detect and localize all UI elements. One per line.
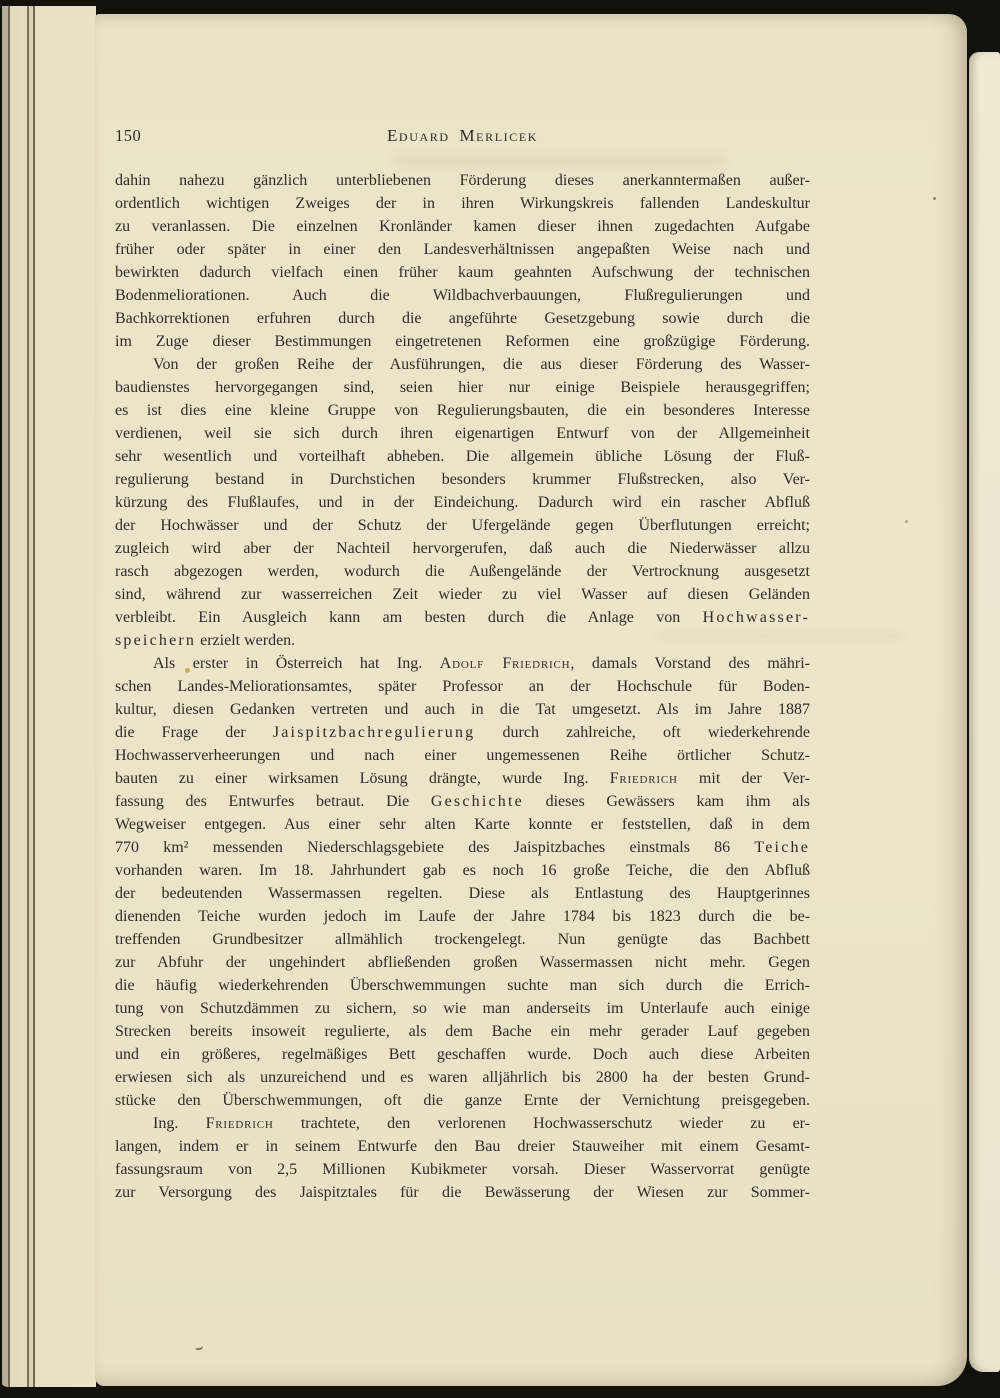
letterspaced-term: Jaispitzbachregulierung [273,724,476,741]
text-line: 770 km² messenden Niederschlagsgebiete d… [115,836,810,859]
text-line: fassungsraum von 2,5 Millionen Kubikmete… [115,1158,810,1181]
text-line: Als erster in Österreich hat Ing. Adolf … [115,652,810,675]
text-line: und ein größeres, regelmäßiges Bett gesc… [115,1043,810,1066]
letterspaced-term: Teiche [754,839,810,856]
text-line: Wegweiser entgegen. Aus einer sehr alten… [115,813,810,836]
letterspaced-term: Geschichte [431,793,524,810]
text-line: Von der großen Reihe der Ausführungen, d… [115,353,810,376]
text-line: bewirkten dadurch vielfach einen früher … [115,261,810,284]
text-block: dahin nahezu gänzlich unterbliebenen För… [115,169,810,1204]
person-name-smallcaps: Friedrich [206,1115,274,1132]
text-line: der Hochwässer und der Schutz der Uferge… [115,514,810,537]
page-header: 150 Eduard Merlicek [115,126,810,149]
running-header: Eduard Merlicek [115,126,810,146]
text-line: Hochwasserverheerungen und nach einer un… [115,744,810,767]
letterspaced-term: Hochwasser- [703,609,810,626]
text-line: langen, indem er in seinem Entwurfe den … [115,1135,810,1158]
text-line: zur Abfuhr der ungehindert abfließenden … [115,951,810,974]
text-line: schen Landes-Meliorationsamtes, später P… [115,675,810,698]
text-line: dahin nahezu gänzlich unterbliebenen För… [115,169,810,192]
text-line: ordentlich wichtigen Zweiges der in ihre… [115,192,810,215]
book-page-edges [0,6,96,1387]
text-line: Bachkorrektionen erfuhren durch die ange… [115,307,810,330]
letterspaced-term: speichern [115,632,196,649]
text-line: zu veranlassen. Die einzelnen Kronländer… [115,215,810,238]
show-through-smudge [395,154,725,168]
text-line: regulierung bestand in Durchstichen beso… [115,468,810,491]
paper-speck [905,520,908,523]
text-line: kultur, diesen Gedanken vertreten und au… [115,698,810,721]
text-line: sind, während zur wasserreichen Zeit wie… [115,583,810,606]
text-line: bauten zu einer wirksamen Lösung drängte… [115,767,810,790]
text-line: die häufig wiederkehrenden Überschwemmun… [115,974,810,997]
text-line: Ing. Friedrich trachtete, den verlorenen… [115,1112,810,1135]
person-name-smallcaps: Friedrich [610,770,678,787]
text-line: die Frage der Jaispitzbachregulierung du… [115,721,810,744]
adjacent-page-sliver [969,52,1000,1372]
text-line: der bedeutenden Wassermassen regelten. D… [115,882,810,905]
text-line: stücke den Überschwemmungen, oft die gan… [115,1089,810,1112]
text-line: kürzung des Flußlaufes, und in der Einde… [115,491,810,514]
text-line: Strecken bereits insoweit regulierte, al… [115,1020,810,1043]
text-line: es ist dies eine kleine Gruppe von Regul… [115,399,810,422]
text-line: tung von Schutzdämmen zu sichern, so wie… [115,997,810,1020]
text-line: treffenden Grundbesitzer allmählich troc… [115,928,810,951]
scanned-book-photo: 150 Eduard Merlicek dahin nahezu gänzlic… [0,0,1000,1398]
text-line: dienenden Teiche wurden jedoch im Laufe … [115,905,810,928]
text-line: rasch abgezogen werden, wodurch die Auße… [115,560,810,583]
paper-speck [933,197,936,200]
text-line: zugleich wird aber der Nachteil hervorge… [115,537,810,560]
text-line: verbleibt. Ein Ausgleich kann am besten … [115,606,810,629]
person-name-smallcaps: Adolf Friedrich [440,655,571,672]
text-line: vorhanden waren. Im 18. Jahrhundert gab … [115,859,810,882]
text-line: sehr wesentlich und vorteilhaft abheben.… [115,445,810,468]
text-line: Bodenmeliorationen. Auch die Wildbachver… [115,284,810,307]
text-line: verdienen, weil sie sich durch ihren eig… [115,422,810,445]
text-line: früher oder später in einer den Landesve… [115,238,810,261]
text-line: fassung des Entwurfes betraut. Die Gesch… [115,790,810,813]
text-line: erwiesen sich als unzureichend und es wa… [115,1066,810,1089]
foxing-speck [185,668,190,673]
text-line: speichern erzielt werden. [115,629,810,652]
text-line: im Zuge dieser Bestimmungen eingetretene… [115,330,810,353]
text-line: zur Versorgung des Jaispitztales für die… [115,1181,810,1204]
text-line: baudienstes hervorgegangen sind, seien h… [115,376,810,399]
